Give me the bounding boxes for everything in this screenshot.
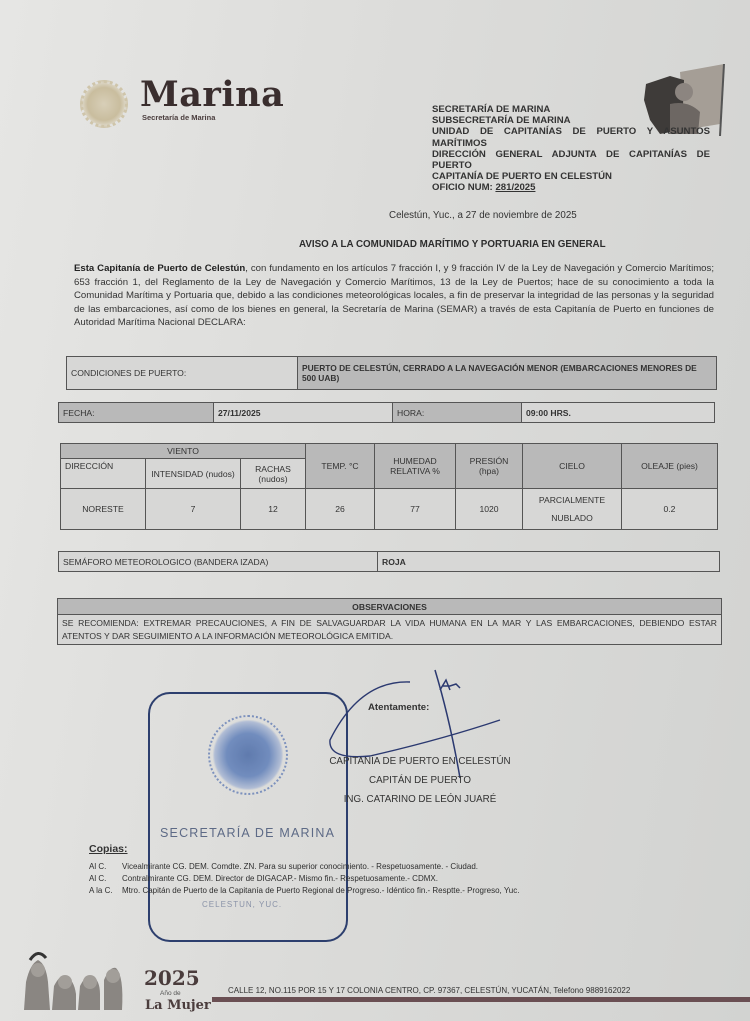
observations-header: OBSERVACIONES [58,599,722,615]
women-portraits-image [16,946,128,1010]
signatory-block: CAPITANÍA DE PUERTO EN CELESTÚN CAPITÁN … [310,752,530,809]
signatory-name: ING. CATARINO DE LEÓN JUARÉ [310,790,530,809]
observations-table: OBSERVACIONES SE RECOMIENDA: EXTREMAR PR… [57,598,722,645]
waves-header: OLEAJE (pies) [622,444,718,489]
hora-label: HORA: [393,403,522,423]
heading-line: SUBSECRETARÍA DE MARINA [432,115,710,126]
intro-lead: Esta Capitanía de Puerto de Celestún [74,263,245,274]
year-logo: 2025 [144,966,200,990]
wind-group-header: VIENTO [61,444,306,459]
signal-label: SEMÁFORO METEOROLOGICO (BANDERA IZADA) [59,552,378,572]
copy-prefix: Al C. [89,861,122,873]
gusts-value: 12 [241,489,306,530]
heading-line: DIRECCIÓN GENERAL ADJUNTA DE CAPITANÍAS … [432,149,710,160]
copy-item: Al C.Vicealmirante CG. DEM. Comdte. ZN. … [89,861,519,873]
copy-text: Contralmirante CG. DEM. Director de DIGA… [122,874,438,883]
brand-logo-text: Marina [140,74,284,115]
conditions-label: CONDICIONES DE PUERTO: [67,357,298,390]
year-logo-name: La Mujer [145,998,211,1013]
signal-value: ROJA [378,552,720,572]
copy-item: Al C.Contralmirante CG. DEM. Director de… [89,873,519,885]
weather-conditions-table: VIENTO TEMP. °C HUMEDAD RELATIVA % PRESI… [60,443,718,530]
temp-value: 26 [306,489,375,530]
document-title: AVISO A LA COMUNIDAD MARÍTIMO Y PORTUARI… [299,239,606,250]
intensity-header: INTENSIDAD (nudos) [146,459,241,489]
pressure-header: PRESIÓN (hpa) [456,444,523,489]
temp-header: TEMP. °C [306,444,375,489]
stamp-city: CELESTUN, YUC. [202,900,282,909]
pressure-value: 1020 [456,489,523,530]
humidity-value: 77 [375,489,456,530]
heading-line: CAPITANÍA DE PUERTO EN CELESTÚN [432,171,710,182]
weather-signal-table: SEMÁFORO METEOROLOGICO (BANDERA IZADA) R… [58,551,720,572]
date-line: Celestún, Yuc., a 27 de noviembre de 202… [389,210,577,221]
oficio-label: OFICIO NUM: [432,182,493,193]
date-time-table: FECHA: 27/11/2025 HORA: 09:00 HRS. [58,402,715,423]
footer-bar [212,997,750,1002]
intensity-value: 7 [146,489,241,530]
hora-value: 09:00 HRS. [522,403,715,423]
port-conditions-table: CONDICIONES DE PUERTO: PUERTO DE CELESTÚ… [66,356,717,390]
mexico-coat-of-arms-icon [80,80,128,128]
waves-value: 0.2 [622,489,718,530]
intro-paragraph: Esta Capitanía de Puerto de Celestún, co… [74,262,714,330]
heading-line: SECRETARÍA DE MARINA [432,104,710,115]
copy-prefix: Al C. [89,873,122,885]
signatory-title: CAPITÁN DE PUERTO [310,771,530,790]
stamp-text: SECRETARÍA DE MARINA [160,826,335,840]
heading-line: MARÍTIMOS [432,138,710,149]
fecha-value: 27/11/2025 [214,403,393,423]
copy-prefix: A la C. [89,885,122,897]
observations-text: SE RECOMIENDA: EXTREMAR PRECAUCIONES, A … [58,615,722,645]
conditions-value: PUERTO DE CELESTÚN, CERRADO A LA NAVEGAC… [298,357,717,390]
sky-header: CIELO [523,444,622,489]
closing-salutation: Atentamente: [368,702,429,713]
sky-value: PARCIALMENTE NUBLADO [523,489,622,530]
issuing-authority-heading: SECRETARÍA DE MARINA SUBSECRETARÍA DE MA… [432,104,710,194]
gusts-header: RACHAS (nudos) [241,459,306,489]
humidity-header: HUMEDAD RELATIVA % [375,444,456,489]
year-logo-subtitle: Año de [160,990,181,997]
oficio-number: 281/2025 [495,182,535,193]
direction-header: DIRECCIÓN [61,459,146,489]
oficio-line: OFICIO NUM: 281/2025 [432,182,710,193]
copy-item: A la C.Mtro. Capitán de Puerto de la Cap… [89,885,519,897]
copy-text: Vicealmirante CG. DEM. Comdte. ZN. Para … [122,862,478,871]
heading-line: PUERTO [432,160,710,171]
official-seal-icon [208,715,288,795]
copies-label: Copias: [89,843,128,855]
heading-line: UNIDAD DE CAPITANÍAS DE PUERTO Y ASUNTOS [432,126,710,137]
copies-list: Al C.Vicealmirante CG. DEM. Comdte. ZN. … [89,861,519,897]
brand-subtitle: Secretaría de Marina [142,113,215,122]
copy-text: Mtro. Capitán de Puerto de la Capitanía … [122,886,519,895]
direction-value: NORESTE [61,489,146,530]
footer-address: CALLE 12, NO.115 POR 15 Y 17 COLONIA CEN… [228,986,630,995]
signatory-office: CAPITANÍA DE PUERTO EN CELESTÚN [310,752,530,771]
fecha-label: FECHA: [59,403,214,423]
